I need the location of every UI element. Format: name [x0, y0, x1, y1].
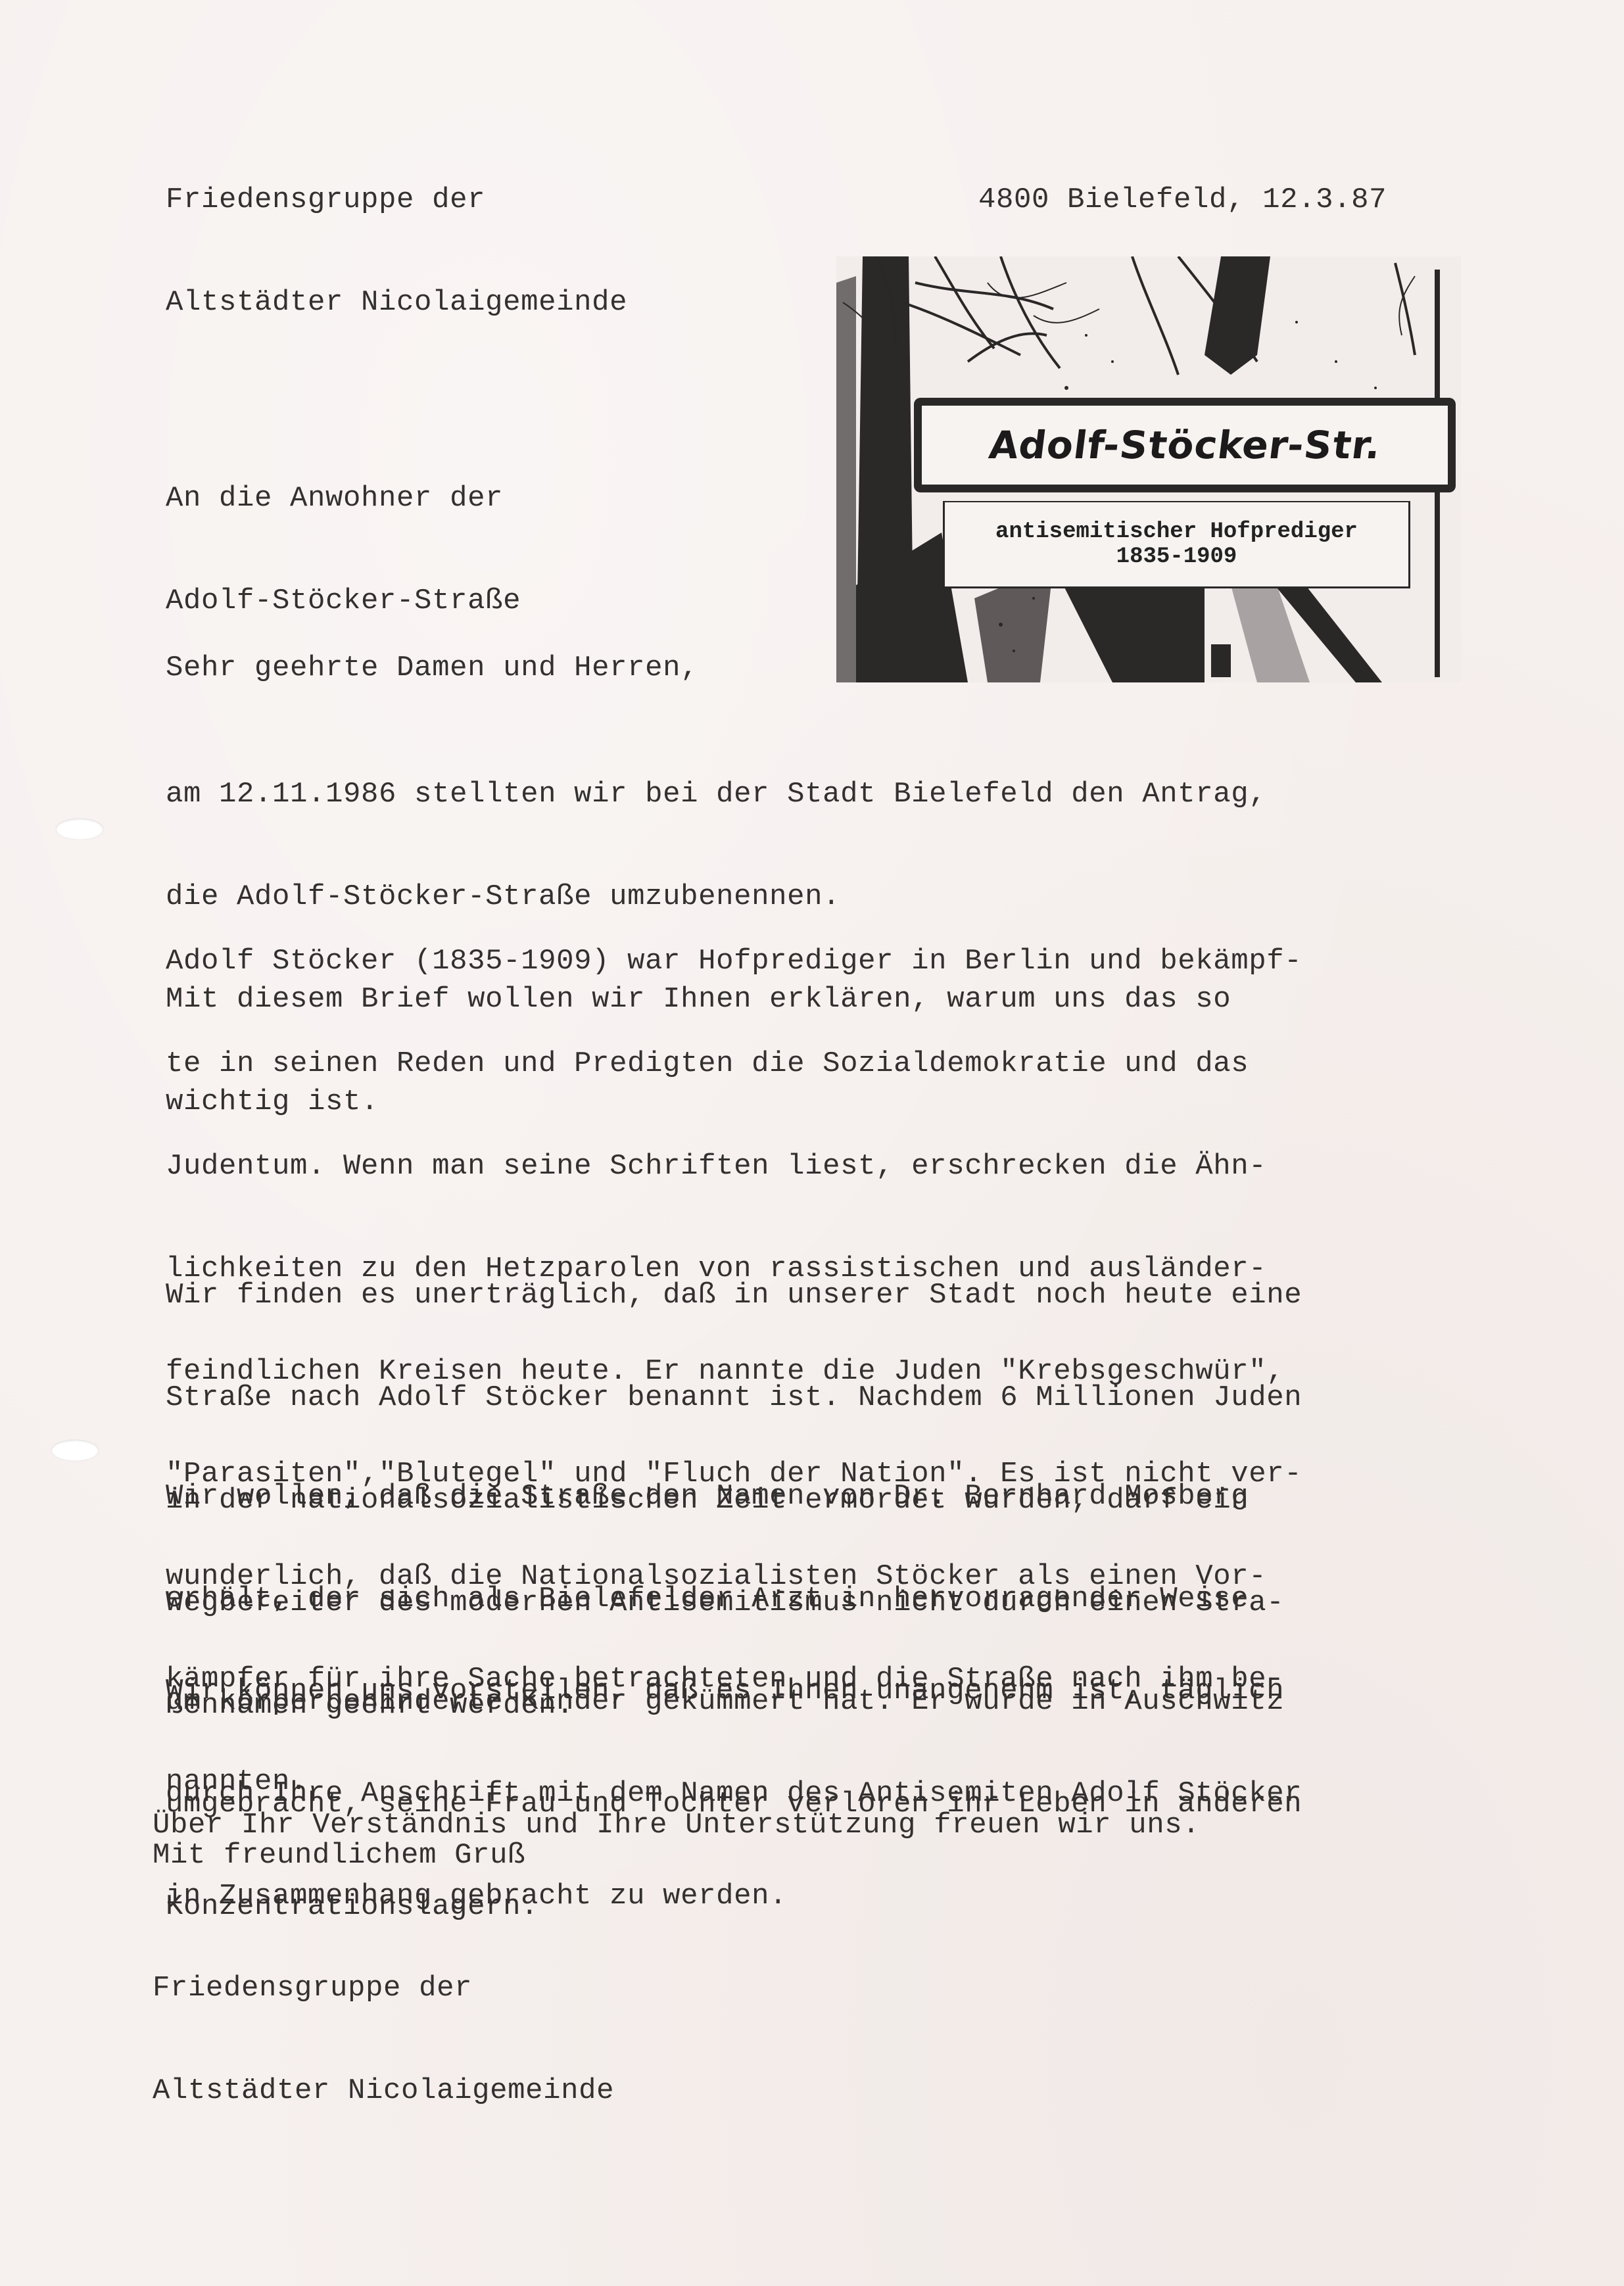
recipient-address: An die Anwohner der Adolf-Stöcker-Straße [166, 413, 521, 686]
place-date: 4800 Bielefeld, 12.3.87 [978, 183, 1387, 217]
signature-block: Friedensgruppe der Altstädter Nicolaigem… [153, 1903, 614, 2176]
street-sign-photo: Adolf-Stöcker-Str. antisemitischer Hofpr… [836, 256, 1461, 682]
paragraph-line: te in seinen Reden und Predigten die Soz… [166, 1047, 1302, 1081]
sender-address: Friedensgruppe der Altstädter Nicolaigem… [166, 114, 627, 388]
salutation: Sehr geehrte Damen und Herren, [166, 651, 698, 685]
punch-hole [51, 1440, 99, 1461]
paragraph-line: Wir können uns vorstellen, daß es Ihnen … [166, 1674, 1302, 1708]
sender-line: Friedensgruppe der [166, 183, 627, 217]
annotation-plate-line: 1835-1909 [1116, 544, 1237, 569]
sender-line: Altstädter Nicolaigemeinde [166, 285, 627, 320]
closing: Mit freundlichem Gruß [153, 1838, 525, 1872]
paragraph-line: Judentum. Wenn man seine Schriften liest… [166, 1149, 1302, 1183]
paragraph-line: Wir finden es unerträglich, daß in unser… [166, 1278, 1302, 1312]
signature-line: Friedensgruppe der [153, 1971, 614, 2005]
annotation-plate: antisemitischer Hofprediger 1835-1909 [943, 501, 1410, 588]
paragraph-line: Wir wollen, daß die Straße den Namen von… [166, 1479, 1302, 1513]
paragraph-line: am 12.11.1986 stellten wir bei der Stadt… [166, 777, 1266, 811]
street-name-sign: Adolf-Stöcker-Str. [914, 398, 1456, 492]
paragraph-line: Adolf Stöcker (1835-1909) war Hofpredige… [166, 944, 1302, 978]
recipient-line: Adolf-Stöcker-Straße [166, 584, 521, 618]
letter-page: Friedensgruppe der Altstädter Nicolaigem… [0, 0, 1624, 2286]
street-name-sign-text: Adolf-Stöcker-Str. [988, 423, 1382, 467]
paragraph-line: Über Ihr Verständnis und Ihre Unterstütz… [153, 1808, 1200, 1842]
body-paragraph: Über Ihr Verständnis und Ihre Unterstütz… [153, 1740, 1200, 1911]
recipient-line: An die Anwohner der [166, 481, 521, 515]
signature-line: Altstädter Nicolaigemeinde [153, 2074, 614, 2108]
punch-hole [56, 819, 103, 840]
paragraph-line: Straße nach Adolf Stöcker benannt ist. N… [166, 1381, 1302, 1415]
annotation-plate-line: antisemitischer Hofprediger [995, 519, 1358, 544]
